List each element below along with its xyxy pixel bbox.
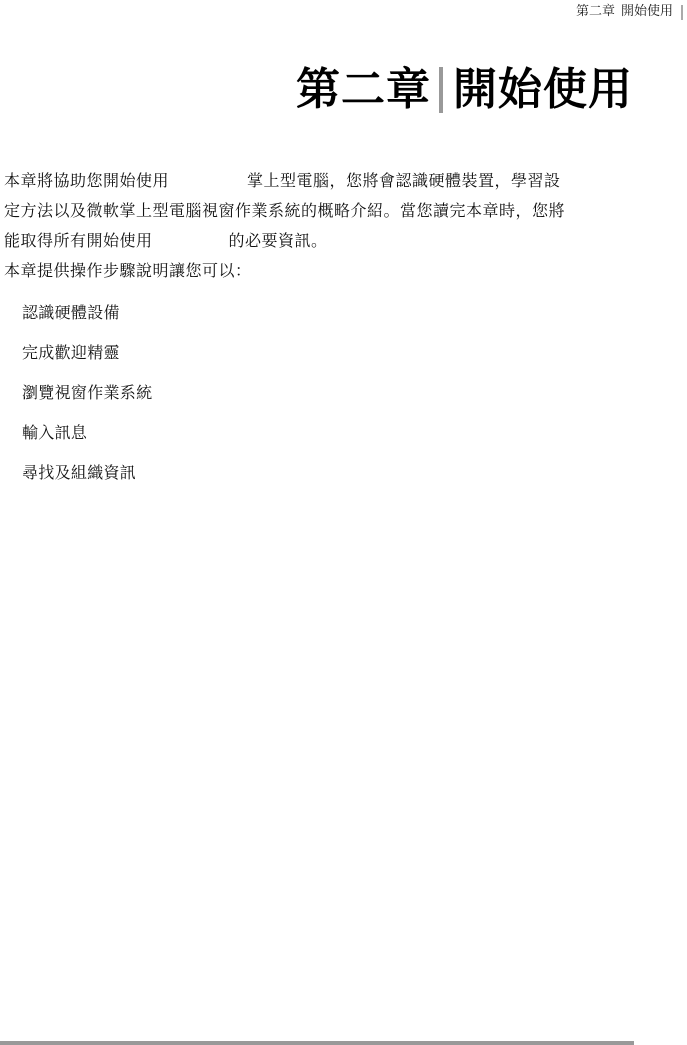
running-header-bar [681,5,683,20]
chapter-title: 第二章 開始使用 [296,62,633,118]
chapter-number: 第二章 [296,62,431,118]
intro-paragraph: 本章將協助您開始使用掌上型電腦，您將會認識硬體裝置，學習設 定方法以及微軟掌上型… [4,166,664,256]
intro-line-3-start: 能取得所有開始使用 [4,231,153,250]
intro-line-1-end: 掌上型電腦，您將會認識硬體裝置，學習設 [247,171,561,190]
running-header: 第二章 開始使用 [576,4,683,20]
running-header-title: 開始使用 [621,4,673,20]
intro-line-1-start: 本章將協助您開始使用 [4,171,169,190]
running-header-chapter: 第二章 [576,4,615,20]
steps-list: 認識硬體設備 完成歡迎精靈 瀏覽視窗作業系統 輸入訊息 尋找及組織資訊 [22,300,152,500]
list-item: 瀏覽視窗作業系統 [22,380,152,420]
chapter-name: 開始使用 [453,62,633,118]
steps-lead: 本章提供操作步驟說明讓您可以： [4,258,252,284]
list-item: 尋找及組織資訊 [22,460,152,500]
footer-rule [0,1041,634,1045]
intro-line-2: 定方法以及微軟掌上型電腦視窗作業系統的概略介紹。當您讀完本章時，您將 [4,196,664,226]
list-item: 認識硬體設備 [22,300,152,340]
intro-line-3-end: 的必要資訊。 [229,231,328,250]
intro-line-1: 本章將協助您開始使用掌上型電腦，您將會認識硬體裝置，學習設 [4,166,664,196]
list-item: 輸入訊息 [22,420,152,460]
list-item: 完成歡迎精靈 [22,340,152,380]
intro-line-3: 能取得所有開始使用的必要資訊。 [4,226,664,256]
title-divider [439,67,443,113]
